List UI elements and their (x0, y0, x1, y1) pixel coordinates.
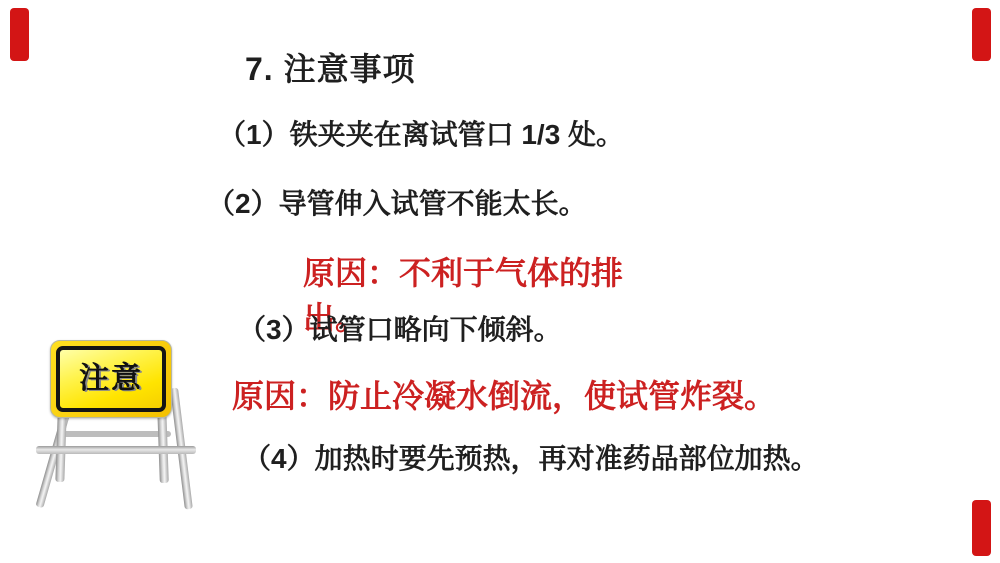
red-accent-bar-bottom-right (972, 500, 991, 556)
point-3: （3）试管口略向下倾斜。 (238, 313, 562, 347)
sign-caution-label: 注意 (79, 364, 143, 394)
point-1: （1）铁夹夹在离试管口 1/3 处。 (218, 118, 624, 152)
slide-canvas: 7. 注意事项 （1）铁夹夹在离试管口 1/3 处。 （2）导管伸入试管不能太长… (0, 0, 1000, 563)
point-4: （4）加热时要先预热，再对准药品部位加热。 (243, 442, 819, 476)
sign-crossbar-back (57, 431, 171, 437)
caution-sign-illustration: 注意 (0, 325, 220, 525)
reason-2: 原因：防止冷凝水倒流，使试管炸裂。 (232, 377, 776, 415)
sign-board: 注意 (50, 340, 172, 418)
red-accent-bar-top-right (972, 8, 991, 61)
red-accent-bar-top-left (10, 8, 29, 61)
slide-title: 7. 注意事项 (245, 50, 416, 88)
sign-board-inner: 注意 (56, 346, 166, 412)
sign-crossbar-front (36, 446, 196, 454)
point-2: （2）导管伸入试管不能太长。 (207, 187, 587, 221)
